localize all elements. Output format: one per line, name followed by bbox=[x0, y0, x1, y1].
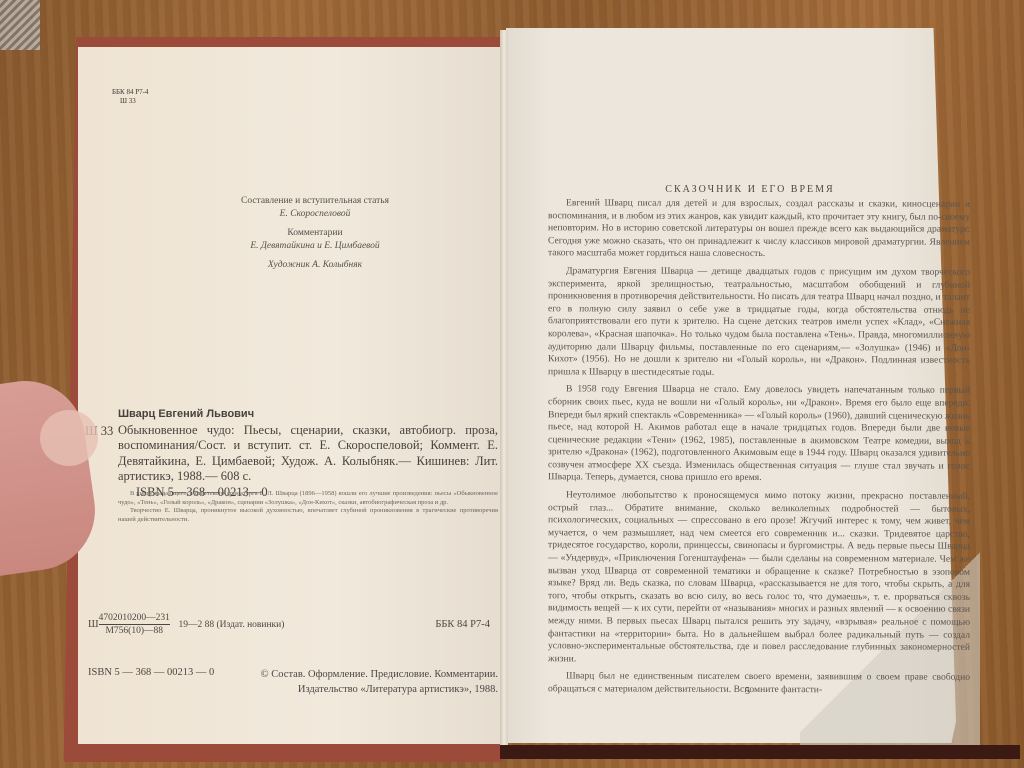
imprint-block: Ш4702010200—231М756(10)—88 19—2 88 (Изда… bbox=[88, 612, 498, 637]
paragraph: Неутолимое любопытство к проносящемуся м… bbox=[548, 489, 970, 667]
comments-label: Комментарии bbox=[215, 227, 415, 240]
bbk-index: ББК 84 Р7-4 Ш 33 bbox=[112, 88, 148, 106]
imprint-isbn: ISBN 5 — 368 — 00213 — 0 bbox=[88, 667, 214, 678]
credits-block: Составление и вступительная статья Е. Ск… bbox=[215, 195, 415, 272]
book-spine bbox=[500, 30, 508, 745]
cable bbox=[0, 0, 40, 50]
left-page[interactable] bbox=[78, 47, 506, 744]
imprint-bbk: ББК 84 Р7-4 bbox=[435, 619, 490, 630]
paragraph: Драматургия Евгения Шварца — детище двад… bbox=[548, 265, 970, 380]
page-number: 5 bbox=[745, 686, 750, 697]
imprint-order: 19—2 88 (Издат. новинки) bbox=[178, 620, 284, 630]
comments-names: Е. Девятайкина и Е. Цимбаевой bbox=[215, 240, 415, 253]
author-code: Ш 33 bbox=[112, 97, 148, 106]
thumbnail bbox=[40, 410, 98, 466]
bbk-code: ББК 84 Р7-4 bbox=[112, 88, 148, 97]
chapter-title: СКАЗОЧНИК И ЕГО ВРЕМЯ bbox=[535, 184, 965, 195]
chapter-body: Евгений Шварц писал для детей и для взро… bbox=[548, 197, 970, 702]
copyright: © Состав. Оформление. Предисловие. Комме… bbox=[228, 667, 498, 697]
imprint-prefix: Ш bbox=[88, 619, 99, 630]
catalog-card: Шварц Евгений Львович Ш 33 Обыкновенное … bbox=[118, 407, 498, 500]
card-author: Шварц Евгений Львович bbox=[118, 407, 498, 423]
annotation: В книгу выдающегося советского драматург… bbox=[118, 490, 498, 524]
card-body: Обыкновенное чудо: Пьесы, сценарии, сказ… bbox=[118, 423, 498, 485]
imprint-fraction: 4702010200—231М756(10)—88 bbox=[99, 612, 170, 637]
annotation-paragraph: Творчество Е. Шварца, проникнутое высоко… bbox=[118, 507, 498, 524]
compiler-label: Составление и вступительная статья bbox=[215, 195, 415, 208]
paragraph: Шварц был не единственным писателем свое… bbox=[548, 671, 970, 698]
book-cover-right bbox=[500, 745, 1020, 759]
artist-credit: Художник А. Колыбняк bbox=[215, 259, 415, 272]
compiler-name: Е. Скороспеловой bbox=[215, 208, 415, 221]
paragraph: Евгений Шварц писал для детей и для взро… bbox=[548, 197, 970, 261]
annotation-paragraph: В книгу выдающегося советского драматург… bbox=[118, 490, 498, 507]
paragraph: В 1958 году Евгения Шварца не стало. Ему… bbox=[548, 384, 970, 486]
